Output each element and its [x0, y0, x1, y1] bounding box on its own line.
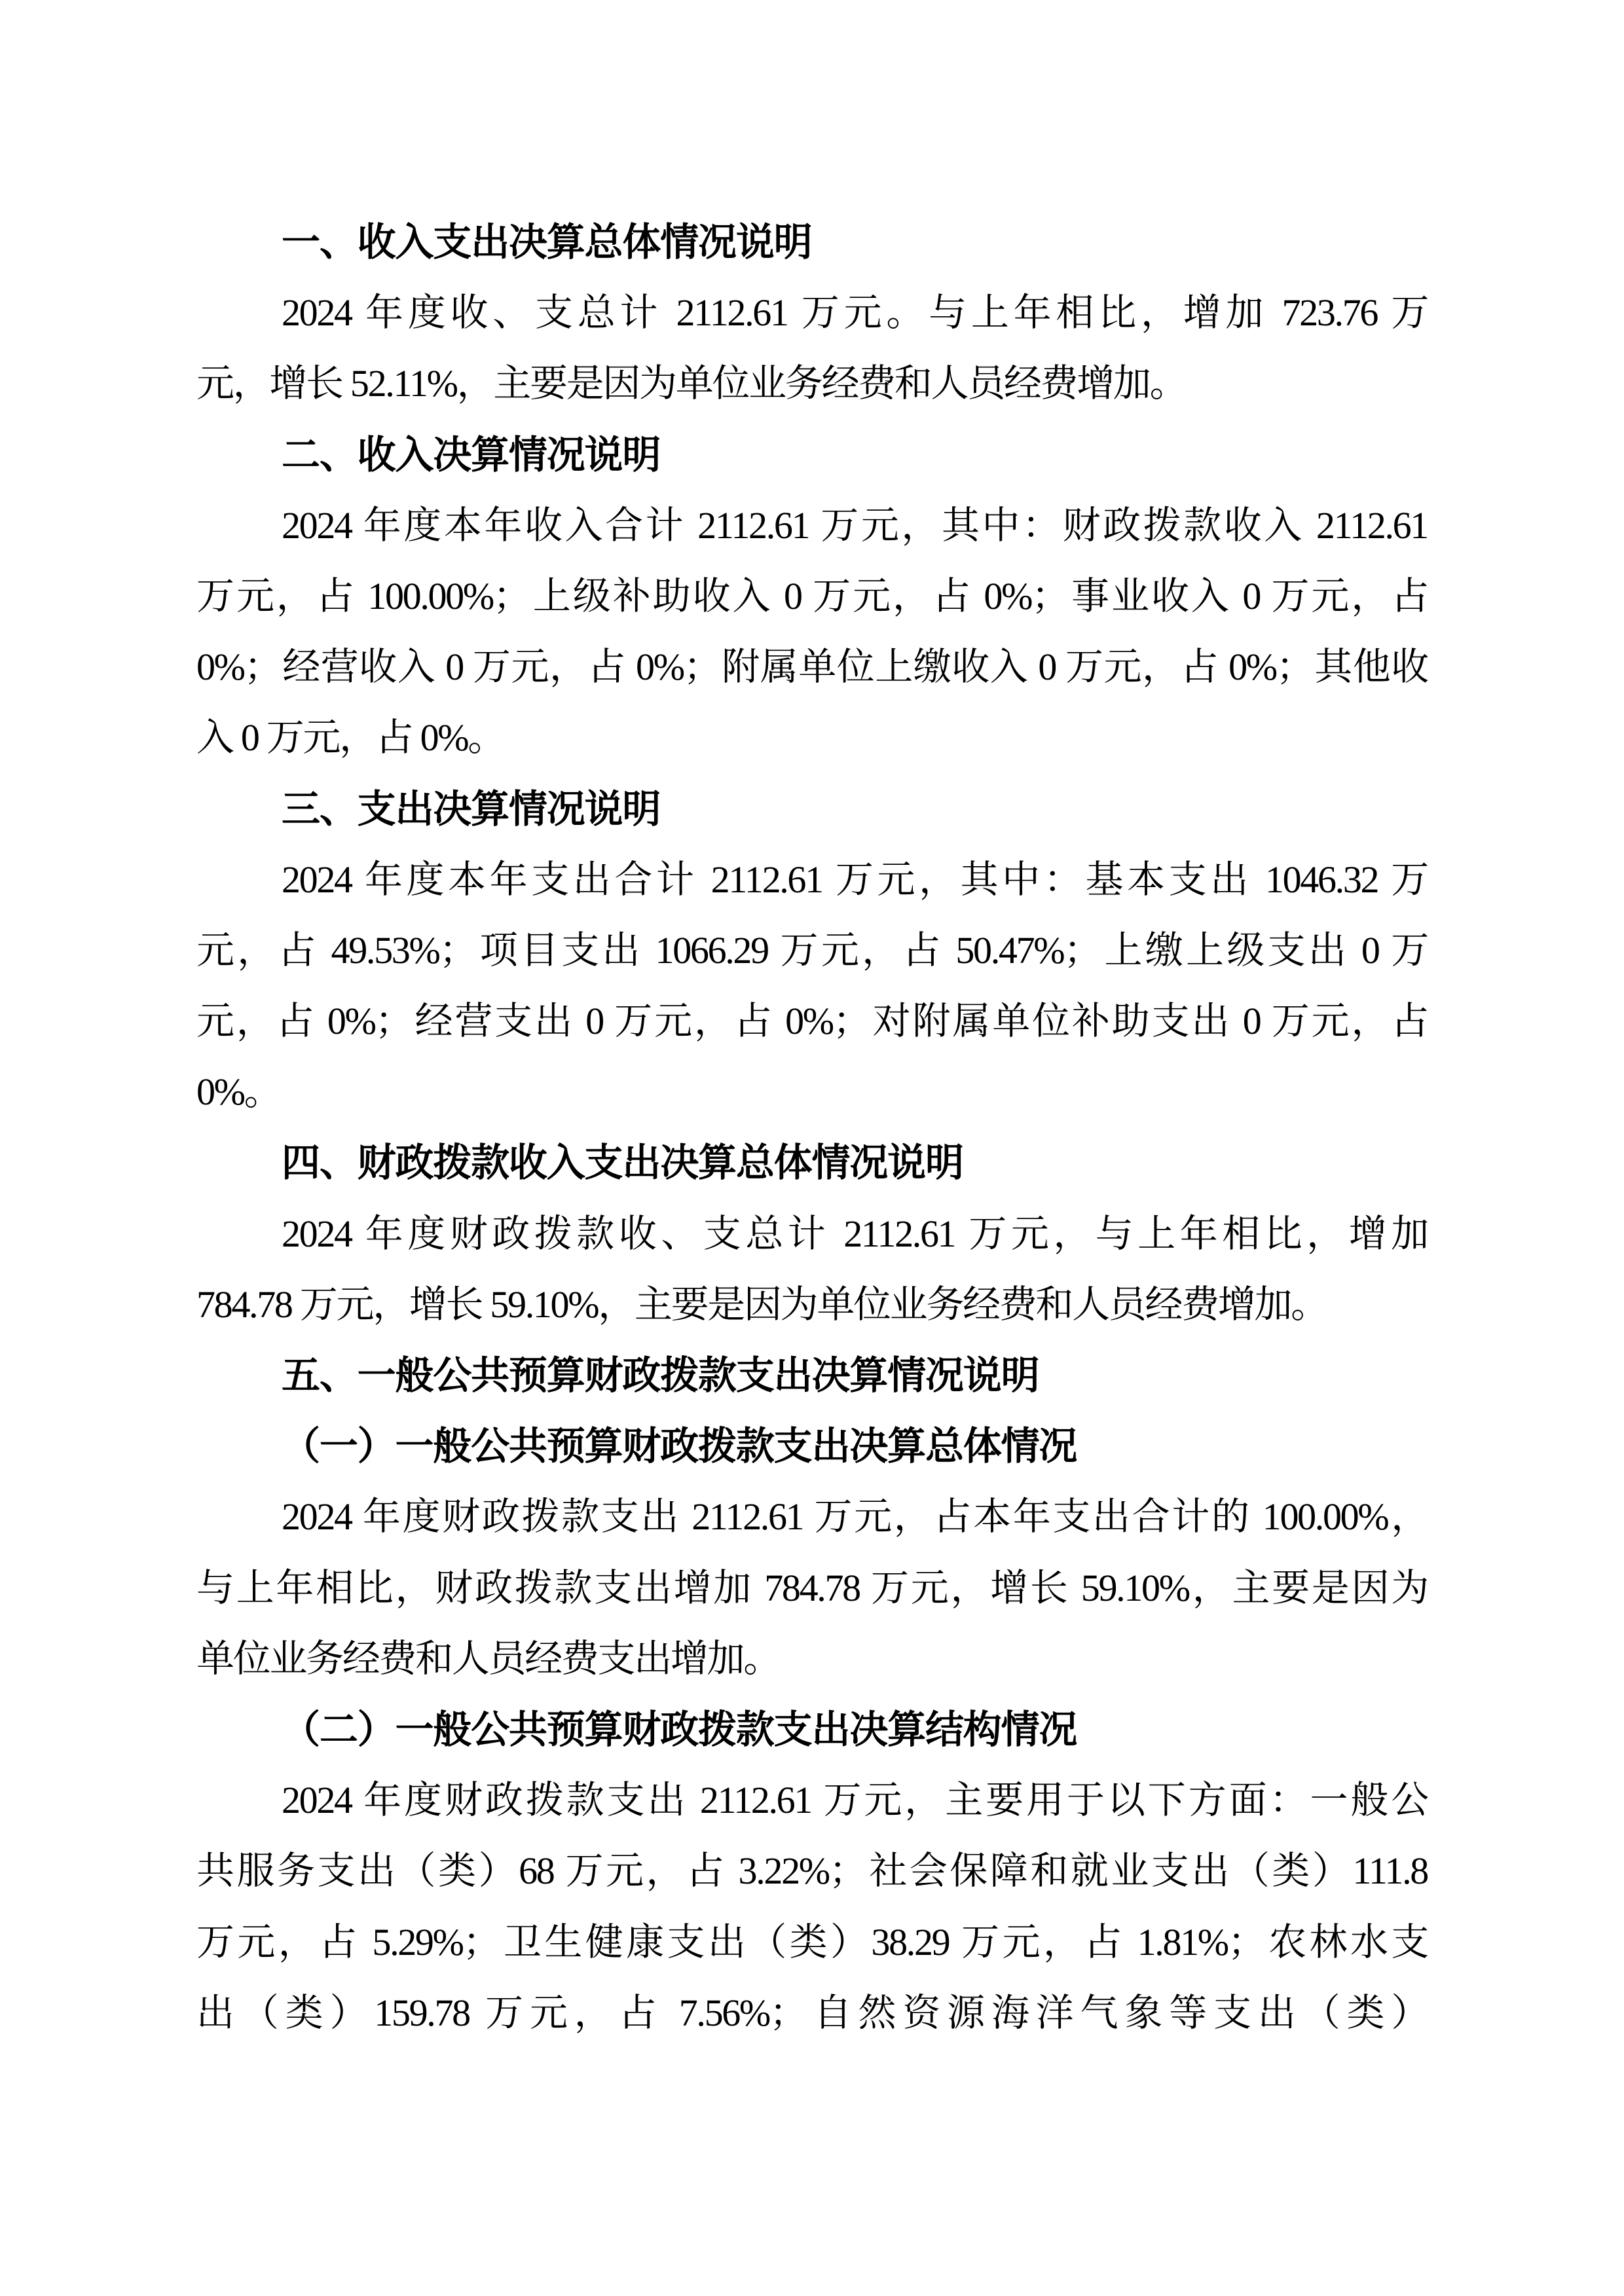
body-text-line: 2024 年度财政拨款支出 2112.61 万元，主要用于以下方面：一般公 [196, 1765, 1428, 1836]
body-text-line: 2024 年度财政拨款收、支总计 2112.61 万元，与上年相比，增加 [196, 1199, 1428, 1269]
document-page: 一、收入支出决算总体情况说明2024 年度收、支总计 2112.61 万元。与上… [0, 0, 1624, 2296]
body-text-line: 0%。 [196, 1057, 1428, 1127]
body-text-line: 入 0 万元，占 0%。 [196, 702, 1428, 773]
body-text-line: 共服务支出（类）68 万元，占 3.22%；社会保障和就业支出（类）111.8 [196, 1836, 1428, 1906]
heading-line: 四、财政拨款收入支出决算总体情况说明 [196, 1127, 1428, 1198]
heading-line: 一、收入支出决算总体情况说明 [196, 207, 1428, 278]
body-text-line: 2024 年度财政拨款支出 2112.61 万元，占本年支出合计的 100.00… [196, 1482, 1428, 1552]
body-text-line: 出（类）159.78 万元，占 7.56%；自然资源海洋气象等支出（类） [196, 1978, 1428, 2049]
body-text-line: 2024 年度本年支出合计 2112.61 万元，其中：基本支出 1046.32… [196, 845, 1428, 915]
body-text-line: 元，增长 52.11%，主要是因为单位业务经费和人员经费增加。 [196, 348, 1428, 419]
body-text-line: 2024 年度收、支总计 2112.61 万元。与上年相比，增加 723.76 … [196, 278, 1428, 348]
body-text-line: 2024 年度本年收入合计 2112.61 万元，其中：财政拨款收入 2112.… [196, 490, 1428, 561]
heading-line: 二、收入决算情况说明 [196, 420, 1428, 490]
body-text-line: 元，占 49.53%；项目支出 1066.29 万元，占 50.47%；上缴上级… [196, 915, 1428, 986]
body-text-line: 单位业务经费和人员经费支出增加。 [196, 1624, 1428, 1694]
body-text-line: 万元，占 100.00%；上级补助收入 0 万元，占 0%；事业收入 0 万元，… [196, 561, 1428, 632]
subheading-line: （一）一般公共预算财政拨款支出决算总体情况 [196, 1411, 1428, 1482]
text-block: 一、收入支出决算总体情况说明2024 年度收、支总计 2112.61 万元。与上… [196, 207, 1428, 2049]
heading-line: 三、支出决算情况说明 [196, 774, 1428, 845]
body-text-line: 万元，占 5.29%；卫生健康支出（类）38.29 万元，占 1.81%；农林水… [196, 1907, 1428, 1978]
body-text-line: 0%；经营收入 0 万元，占 0%；附属单位上缴收入 0 万元，占 0%；其他收 [196, 632, 1428, 702]
body-text-line: 784.78 万元，增长 59.10%，主要是因为单位业务经费和人员经费增加。 [196, 1269, 1428, 1340]
body-text-line: 元，占 0%；经营支出 0 万元，占 0%；对附属单位补助支出 0 万元，占 [196, 986, 1428, 1057]
heading-line: 五、一般公共预算财政拨款支出决算情况说明 [196, 1340, 1428, 1411]
subheading-line: （二）一般公共预算财政拨款支出决算结构情况 [196, 1694, 1428, 1765]
body-text-line: 与上年相比，财政拨款支出增加 784.78 万元，增长 59.10%，主要是因为 [196, 1553, 1428, 1624]
